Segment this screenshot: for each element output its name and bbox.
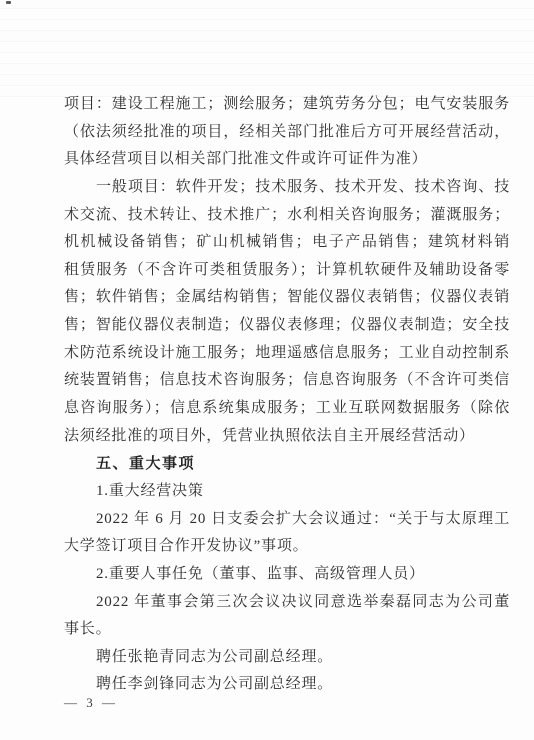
text-line: （依法须经批准的项目，经相关部门批准后方可开展经营活动，: [64, 119, 510, 147]
text-line: 售；软件销售；金属结构销售；智能仪器仪表销售；仪器仪表销: [64, 284, 510, 312]
document-body: 项目：建设工程施工；测绘服务；建筑劳务分包；电气安装服务（依法须经批准的项目，经…: [64, 91, 510, 699]
text-line: 息咨询服务）；信息系统集成服务；工业互联网数据服务（除依: [64, 395, 510, 423]
scan-streaks: [0, 8, 534, 98]
text-line: 一般项目：软件开发；技术服务、技术开发、技术咨询、技: [64, 174, 510, 202]
document-page: 项目：建设工程施工；测绘服务；建筑劳务分包；电气安装服务（依法须经批准的项目，经…: [0, 0, 534, 740]
text-line: 1.重大经营决策: [64, 478, 510, 506]
text-line: 2022 年董事会第三次会议决议同意选举秦磊同志为公司董: [64, 589, 510, 617]
text-line: 具体经营项目以相关部门批准文件或许可证件为准）: [64, 146, 510, 174]
section-heading: 五、重大事项: [64, 450, 510, 478]
text-line: 项目：建设工程施工；测绘服务；建筑劳务分包；电气安装服务: [64, 91, 510, 119]
text-line: 法须经批准的项目外，凭营业执照依法自主开展经营活动）: [64, 423, 510, 451]
scan-artifact-mark: [6, 1, 11, 4]
text-line: 术防范系统设计施工服务；地理遥感信息服务；工业自动控制系: [64, 340, 510, 368]
text-line: 聘任张艳青同志为公司副总经理。: [64, 644, 510, 672]
text-line: 售；智能仪器仪表制造；仪器仪表修理；仪器仪表制造；安全技: [64, 312, 510, 340]
text-line: 事长。: [64, 616, 510, 644]
text-line: 聘任李剑锋同志为公司副总经理。: [64, 671, 510, 699]
text-line: 大学签订项目合作开发协议”事项。: [64, 533, 510, 561]
page-number: — 3 —: [64, 695, 118, 711]
text-line: 统装置销售；信息技术咨询服务；信息咨询服务（不含许可类信: [64, 367, 510, 395]
text-line: 2022 年 6 月 20 日支委会扩大会议通过：“关于与太原理工: [64, 506, 510, 534]
text-line: 租赁服务（不含许可类租赁服务）；计算机软硬件及辅助设备零: [64, 257, 510, 285]
text-line: 机机械设备销售；矿山机械销售；电子产品销售；建筑材料销售；: [64, 229, 510, 257]
text-line: 术交流、技术转让、技术推广；水利相关咨询服务；灌溉服务；: [64, 202, 510, 230]
text-line: 2.重要人事任免（董事、监事、高级管理人员）: [64, 561, 510, 589]
